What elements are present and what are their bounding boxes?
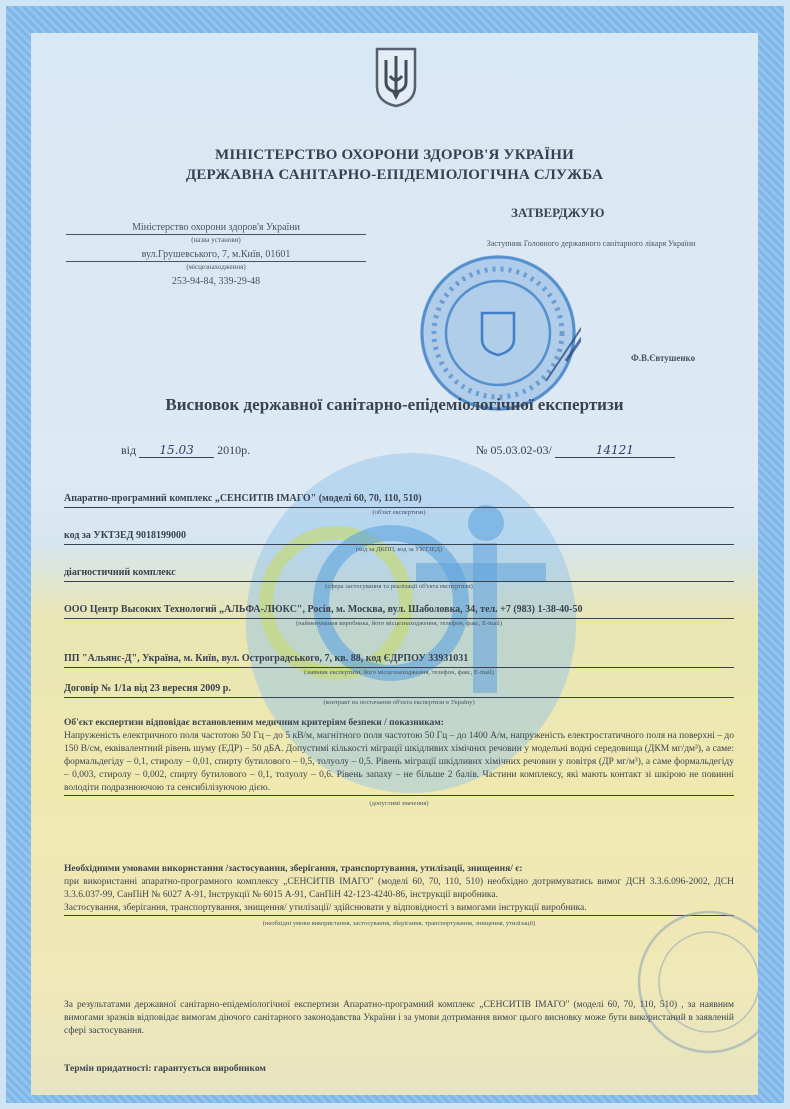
approver-name: Ф.В.Євтушенко (631, 353, 695, 363)
official-stamp-icon (416, 251, 581, 416)
shelf-life: Термін придатності: гарантується виробни… (64, 1063, 734, 1076)
number-row: № 05.03.02-03/ 14121 (476, 443, 675, 458)
issuer-block: Міністерство охорони здоров'я України (н… (66, 222, 366, 287)
approver-position: Заступник Головного державного санітарно… (476, 238, 706, 249)
document-title: Висновок державної санітарно-епідеміолог… (31, 395, 758, 415)
criteria-text: Напруженість електричного поля частотою … (64, 730, 734, 796)
trident-emblem-icon (374, 46, 418, 108)
conditions-heading: Необхідними умовами використання /застос… (64, 863, 734, 876)
criteria-heading: Об'єкт експертизи відповідає встановлени… (64, 717, 734, 730)
number-prefix: № 05.03.02-03/ (476, 443, 552, 457)
field-code: код за УКТЗЕД 9018199000 (код за ДКПП, к… (64, 529, 734, 553)
date-row: від 15.03 2010р. (121, 443, 250, 458)
date-handwritten: 15.03 (139, 443, 214, 458)
criteria-caption: (допустимі значення) (64, 797, 734, 810)
issuer-phone: 253-94-84, 339-29-48 (66, 276, 366, 287)
certificate-paper: МІНІСТЕРСТВО ОХОРОНИ ЗДОРОВ'Я УКРАЇНИ ДЕ… (31, 33, 758, 1095)
field-manufacturer: ООО Центр Высоких Технологий „АЛЬФА-ЛЮКС… (64, 603, 734, 627)
criteria-section: Об'єкт експертизи відповідає встановлени… (64, 717, 734, 810)
issuer-address-caption: (місцезнаходження) (66, 263, 366, 271)
ministry-name: МІНІСТЕРСТВО ОХОРОНИ ЗДОРОВ'Я УКРАЇНИ (31, 147, 758, 164)
field-scope: діагностичний комплекс (сфера застосуван… (64, 566, 734, 590)
issuer-name: Міністерство охорони здоров'я України (66, 222, 366, 235)
approval-heading: ЗАТВЕРДЖУЮ (511, 205, 604, 221)
field-object: Апаратно-програмний комплекс „СЕНСИТІВ І… (64, 492, 734, 516)
date-prefix: від (121, 443, 136, 457)
service-name: ДЕРЖАВНА САНІТАРНО-ЕПІДЕМІОЛОГІЧНА СЛУЖБ… (31, 167, 758, 184)
issuer-name-caption: (назва установи) (66, 236, 366, 244)
number-handwritten: 14121 (555, 443, 675, 458)
field-contract: Договір № 1/1а від 23 вересня 2009 р. (к… (64, 682, 734, 706)
issuer-address: вул.Грушевського, 7, м.Київ, 01601 (66, 249, 366, 262)
document-frame: МІНІСТЕРСТВО ОХОРОНИ ЗДОРОВ'Я УКРАЇНИ ДЕ… (0, 0, 790, 1109)
year: 2010р. (217, 443, 250, 457)
field-applicant: ПП "Альянс-Д", Україна, м. Київ, вул. Ос… (64, 652, 734, 676)
conclusion-text: За результатами державної санітарно-епід… (64, 999, 734, 1038)
conditions-text-1: при використанні апаратно-програмного ко… (64, 876, 734, 902)
